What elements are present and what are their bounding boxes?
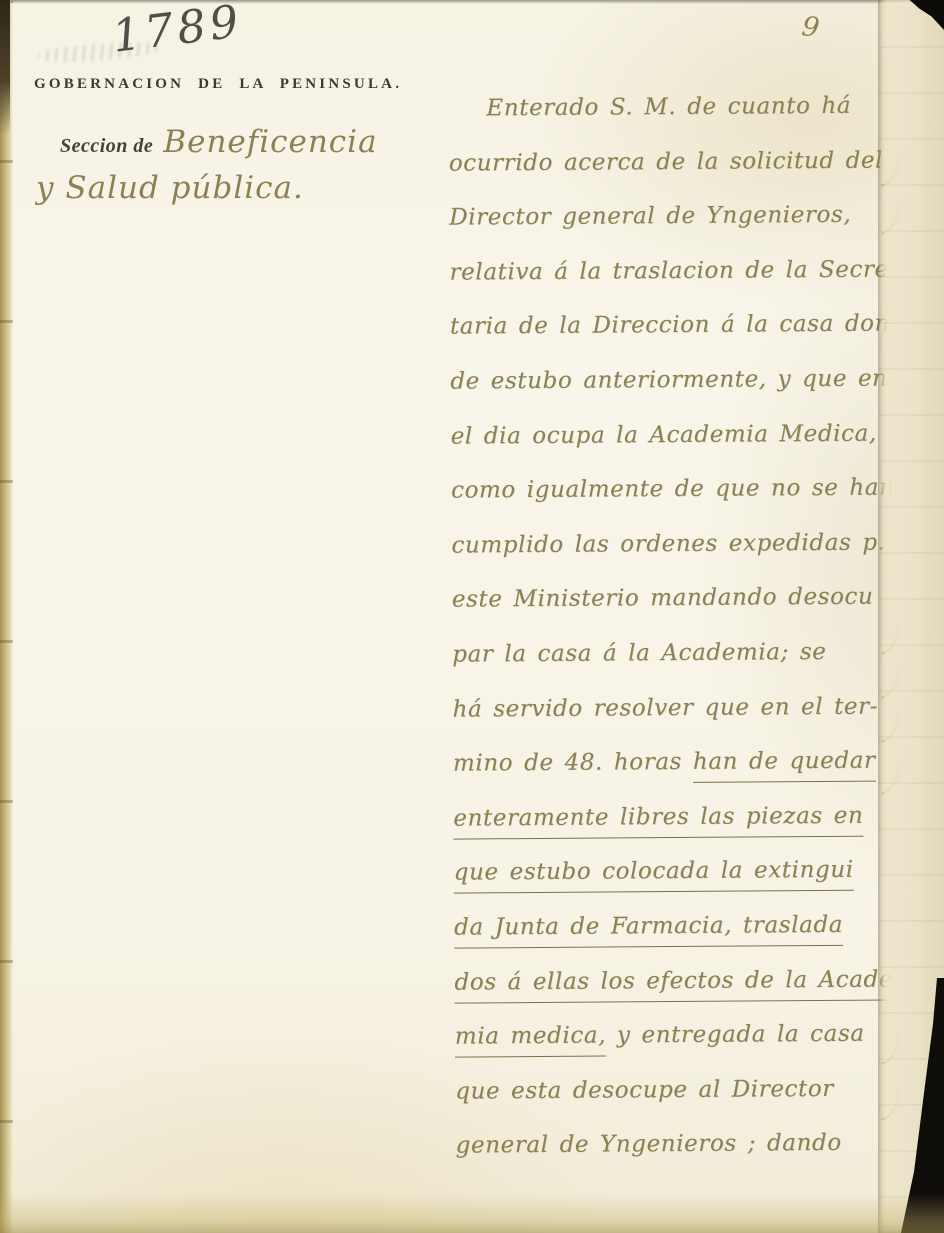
underlined-text: dos á ellas los efectos de la Acade	[454, 966, 893, 1003]
underlined-text: da Junta de Farmacia, traslada	[454, 912, 843, 949]
underlined-text: han de quedar	[693, 748, 876, 783]
manuscript-line: Director general de Yngenieros,	[449, 188, 901, 246]
manuscript-line: mia medica, y entregada la casa	[455, 1007, 907, 1065]
manuscript-line: que esta desocupe al Director	[455, 1061, 907, 1119]
section-value-handwritten-line2: y Salud pública.	[36, 170, 304, 206]
manuscript-line: par la casa á la Academia; se	[452, 624, 904, 682]
underlined-text: mia medica,	[455, 1023, 606, 1058]
binding-edge-dark	[0, 0, 10, 135]
section-row: Seccion deBeneficencia	[60, 124, 378, 160]
printed-letterhead: GOBERNACION DE LA PENINSULA.	[34, 76, 402, 93]
manuscript-line: da Junta de Farmacia, traslada	[454, 897, 906, 955]
manuscript-line: há servido resolver que en el ter-	[452, 679, 904, 737]
section-label-printed: Seccion de	[60, 135, 153, 157]
manuscript-line: Enterado S. M. de cuanto há	[448, 78, 900, 136]
manuscript-line: el dia ocupa la Academia Medica,	[450, 406, 902, 464]
manuscript-line: general de Yngenieros ; dando	[455, 1116, 907, 1174]
manuscript-page: 1789 9 GOBERNACION DE LA PENINSULA. Secc…	[0, 0, 944, 1233]
manuscript-line: enteramente libres las piezas en	[453, 788, 905, 846]
manuscript-line: cumplido las ordenes expedidas p.	[451, 515, 903, 573]
manuscript-line: dos á ellas los efectos de la Acade	[454, 952, 906, 1010]
page-top-edge	[0, 0, 944, 4]
manuscript-line: relativa á la traslacion de la Secre	[449, 242, 901, 300]
underlined-text: que estubo colocada la extingui	[454, 857, 854, 894]
manuscript-line: ocurrido acerca de la solicitud del	[449, 133, 901, 191]
manuscript-line: taria de la Direccion á la casa don	[450, 297, 902, 355]
manuscript-line: como igualmente de que no se han	[451, 461, 903, 519]
manuscript-line: de estubo anteriormente, y que en	[450, 351, 902, 409]
manuscript-line: este Ministerio mandando desocu	[452, 570, 904, 628]
manuscript-lines: Enterado S. M. de cuanto háocurrido acer…	[448, 78, 908, 1173]
section-value-handwritten: Beneficencia	[163, 124, 377, 160]
year-annotation: 1789	[109, 0, 245, 63]
underlined-text: enteramente libres las piezas en	[453, 802, 863, 839]
page-bottom-edge	[0, 1193, 944, 1233]
binding-edge	[0, 0, 13, 1233]
manuscript-line: que estubo colocada la extingui	[454, 843, 906, 901]
page-number: 9	[800, 11, 821, 44]
manuscript-line: mino de 48. horas han de quedar	[453, 734, 905, 792]
